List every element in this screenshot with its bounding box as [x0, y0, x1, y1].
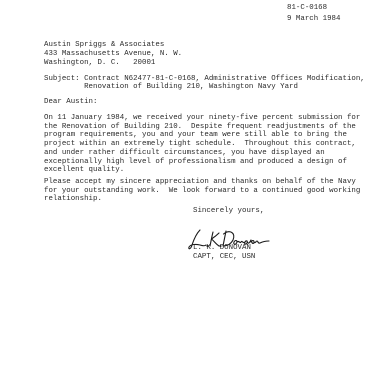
paragraph-line: for your outstanding work. We look forwa… [44, 187, 360, 196]
paragraph-line: Please accept my sincere appreciation an… [44, 178, 356, 187]
closing: Sincerely yours, [193, 207, 264, 216]
subject-line-2: Renovation of Building 210, Washington N… [44, 83, 298, 92]
signer-name: L. K. DONOVAN [193, 244, 251, 253]
paragraph-line: project within an extremely tight schedu… [44, 140, 356, 149]
paragraph-line: exceptionally high level of professional… [44, 158, 347, 167]
recipient-street: 433 Massachusetts Avenue, N. W. [44, 50, 182, 59]
paragraph-line: excellent quality. [44, 166, 124, 175]
letter-date: 9 March 1984 [287, 15, 340, 24]
paragraph-line: program requirements, you and your team … [44, 131, 347, 140]
recipient-name: Austin Spriggs & Associates [44, 41, 164, 50]
salutation: Dear Austin: [44, 98, 97, 107]
reference-number-cut-line: N62477- [286, 0, 317, 3]
paragraph-line: the Renovation of Building 210. Despite … [44, 123, 356, 132]
signer-title: CAPT, CEC, USN [193, 253, 255, 262]
reference-number: 81-C-0168 [287, 4, 327, 13]
paragraph-line: On 11 January 1984, we received your nin… [44, 114, 360, 123]
paragraph-line: relationship. [44, 195, 102, 204]
paragraph-line: and under rather difficult circumstances… [44, 149, 325, 158]
recipient-city: Washington, D. C. 20001 [44, 59, 155, 68]
